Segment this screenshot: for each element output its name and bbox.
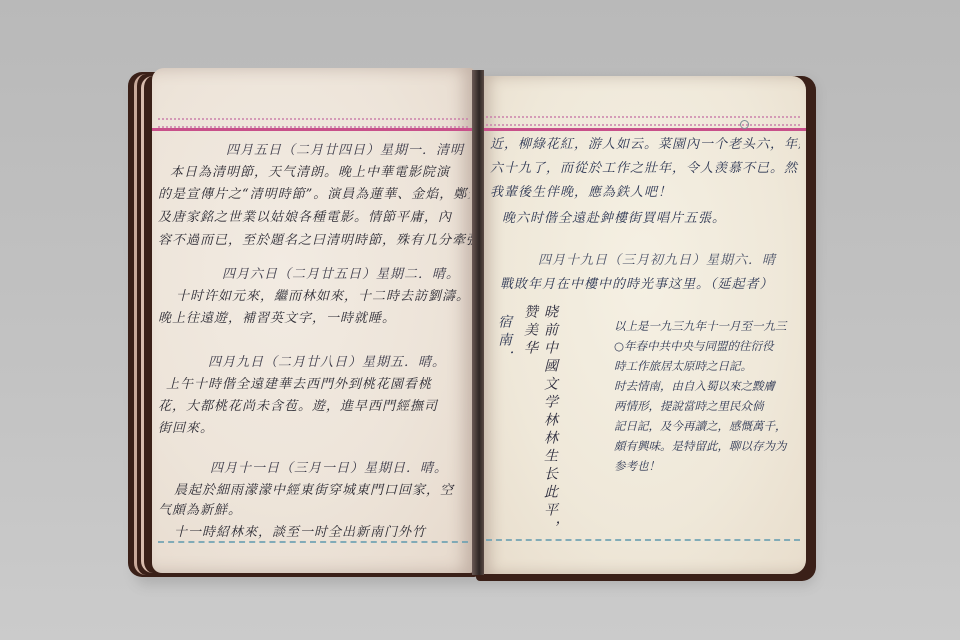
entry-header: 四月十九日（三月初九日）星期六．晴 [538, 248, 778, 274]
entry-line: 街回來。 [158, 416, 278, 442]
annotation-line: 記日記，及今再讀之，感慨萬千， [614, 416, 798, 436]
side-note: 宿南． [494, 314, 514, 374]
entry-line: 容不過而已，至於題名之曰清明時節，殊有几分牽强 [158, 228, 474, 254]
vertical-note: 晓前中國文学林林生长此平，赞美华 [520, 304, 560, 544]
annotation-paragraph: 以上是一九三九年十一月至一九三 ○年春中共中央与同盟的往衍役 時工作旅居太原時之… [614, 316, 798, 476]
top-margin-rule [480, 128, 806, 131]
entry-line: 晚上往遠遊，補習英文字，一時就睡。 [158, 306, 458, 332]
decorative-rule [158, 118, 468, 128]
entry-line: 戰敗年月在中樓中的時光事这里。（延起者） [500, 272, 790, 298]
book-spine-gutter [472, 70, 484, 575]
entry-line: 六十九了，而從於工作之壯年，令人羡慕不已。然 [490, 156, 800, 182]
entry-line: 近，柳綠花紅，游人如云。菜園內一个老头六，年紀 [490, 132, 800, 158]
decorative-rule [486, 116, 800, 126]
top-margin-rule [152, 128, 474, 131]
binding-hole-icon [740, 120, 749, 129]
right-page: 近，柳綠花紅，游人如云。菜園內一个老头六，年紀 六十九了，而從於工作之壯年，令人… [480, 76, 806, 574]
annotation-line: 頗有興味。是特留此，聊以存为为 [614, 436, 798, 456]
annotation-line: ○年春中共中央与同盟的往衍役 [614, 336, 798, 356]
entry-line: 晚六时偕全遠赴鈡樓街買唱片五張。 [502, 206, 802, 232]
entry-line: 我輩後生伴晚，應為鉄人吧！ [490, 180, 790, 206]
left-page: 四月五日（二月廿四日）星期一．清明 本日為清明節，天气清朗。晚上中華電影院演 的… [152, 68, 474, 573]
annotation-line: 参考也！ [614, 456, 798, 476]
annotation-line: 時工作旅居太原時之日記。 [614, 356, 798, 376]
annotation-line: 两情形，提說當時之里民众倘 [614, 396, 798, 416]
entry-line: 十一時紹林來，談至一时全出新南门外竹 [174, 520, 474, 546]
annotation-line: 以上是一九三九年十一月至一九三 [614, 316, 798, 336]
annotation-line: 时去情南，由自入蜀以來之黢膚 [614, 376, 798, 396]
